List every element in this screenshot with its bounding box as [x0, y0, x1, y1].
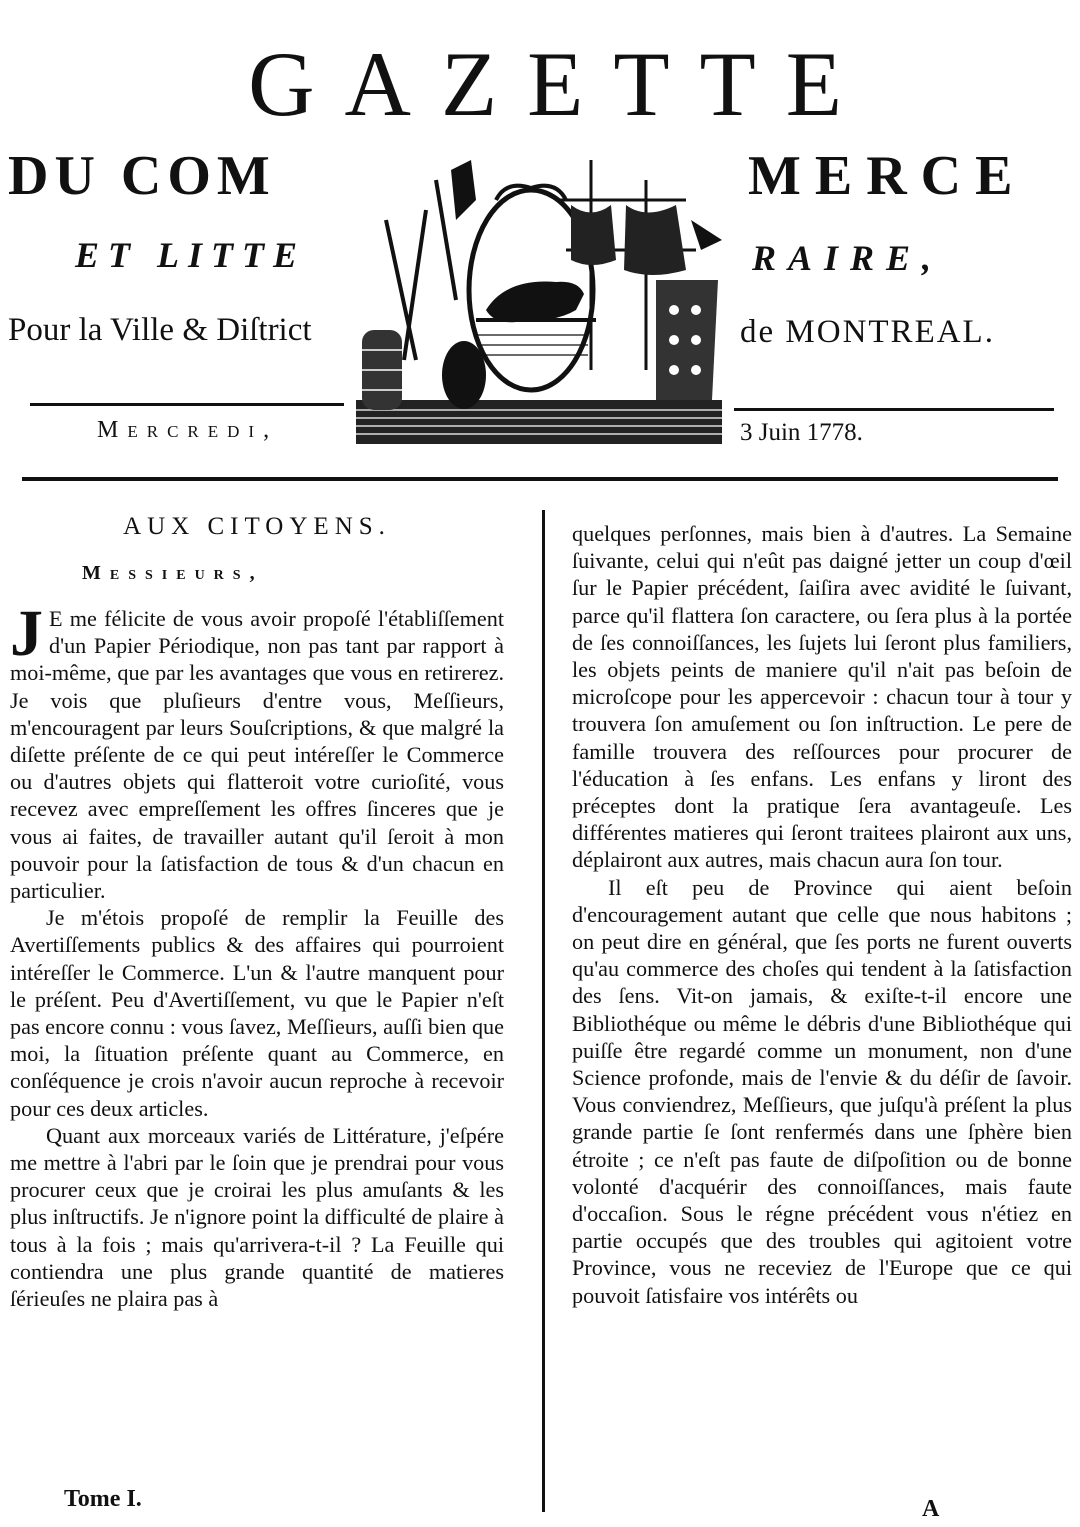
masthead-et-litte: ET LITTE — [75, 237, 306, 273]
article-paragraph: quelques perſonnes, mais bien à d'autres… — [572, 520, 1072, 874]
masthead-merce: MERCE — [748, 148, 1026, 204]
drop-cap: J — [10, 605, 43, 661]
dateline-bottom-rule — [22, 477, 1058, 481]
article-paragraph: Il eſt peu de Province qui aient beſoin … — [572, 874, 1072, 1309]
masthead-ville-district: Pour la Ville & Diſtrict — [8, 314, 312, 347]
article-heading: AUX CITOYENS. — [10, 514, 504, 539]
masthead-montreal: de MONTREAL. — [740, 316, 995, 349]
dateline-weekday: Mercredi, — [97, 418, 278, 442]
article-paragraph: Je m'étois propoſé de remplir la Feuille… — [10, 904, 504, 1122]
masthead-rule-right — [734, 408, 1054, 411]
column-divider — [542, 510, 545, 1512]
signature-mark: A — [922, 1497, 939, 1521]
masthead-raire: RAIRE, — [752, 240, 943, 276]
article-left-column: AUX CITOYENS. Messieurs, JE me félicite … — [10, 514, 504, 1312]
masthead-rule-left — [30, 403, 344, 406]
masthead-du-com: DU COM — [8, 148, 276, 204]
masthead-title: GAZETTE — [0, 38, 1080, 130]
article-salutation: Messieurs, — [82, 563, 504, 583]
volume-label: Tome I. — [64, 1487, 142, 1511]
article-right-column: quelques perſonnes, mais bien à d'autres… — [572, 520, 1072, 1309]
dateline-date: 3 Juin 1778. — [740, 420, 863, 445]
article-paragraph: Quant aux morceaux variés de Littérature… — [10, 1122, 504, 1312]
vignette-engraving-icon — [356, 160, 722, 448]
article-paragraph: JE me félicite de vous avoir propoſé l'é… — [10, 605, 504, 904]
